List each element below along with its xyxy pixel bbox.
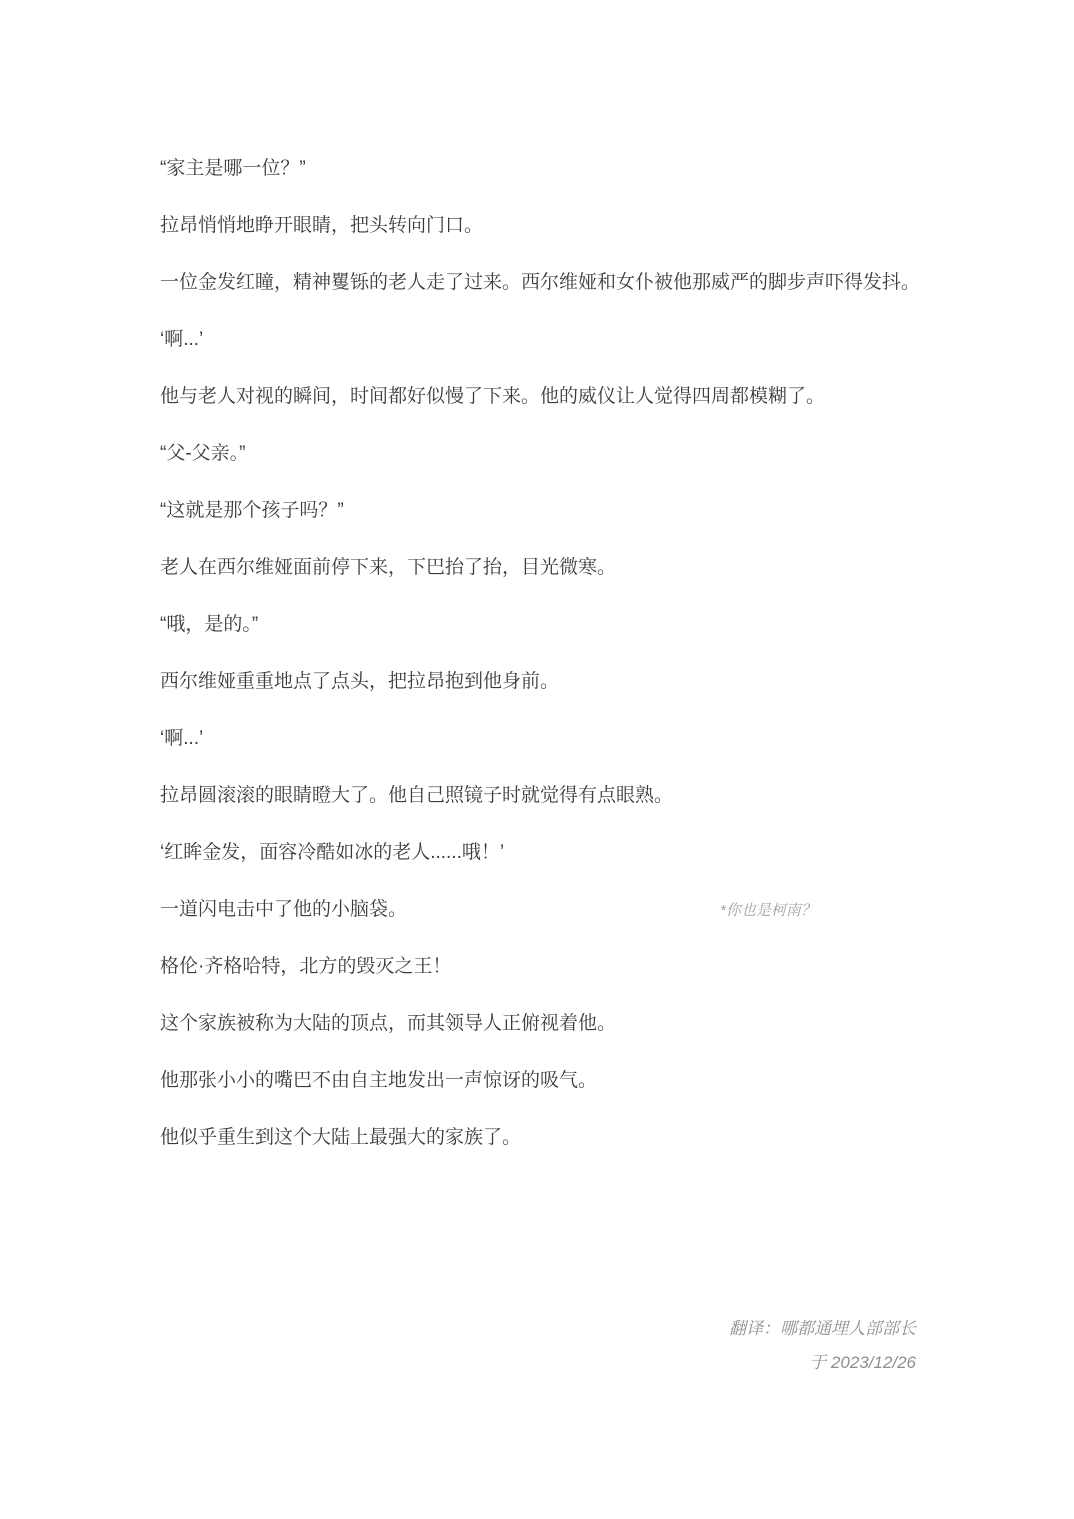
paragraph: 一道闪电击中了他的小脑袋。 *你也是柯南？: [160, 899, 950, 921]
document-page: “家主是哪一位？” 拉昂悄悄地睁开眼睛，把头转向门口。 一位金发红瞳，精神矍铄的…: [0, 0, 1074, 1519]
paragraph: 西尔维娅重重地点了点头，把拉昂抱到他身前。: [160, 671, 950, 693]
translation-date: 于 2023/12/26: [729, 1346, 916, 1380]
paragraph: ‘啊...’: [160, 329, 950, 351]
paragraph: 他似乎重生到这个大陆上最强大的家族了。: [160, 1127, 950, 1149]
paragraph: 他那张小小的嘴巴不由自主地发出一声惊讶的吸气。: [160, 1070, 950, 1092]
paragraph: 拉昂悄悄地睁开眼睛，把头转向门口。: [160, 215, 950, 237]
paragraph: “这就是那个孩子吗？”: [160, 500, 950, 522]
paragraph: ‘啊...’: [160, 728, 950, 750]
paragraph: 他与老人对视的瞬间，时间都好似慢了下来。他的威仪让人觉得四周都模糊了。: [160, 386, 950, 408]
paragraph: 这个家族被称为大陆的顶点，而其领导人正俯视着他。: [160, 1013, 950, 1035]
paragraph-text: 一道闪电击中了他的小脑袋。: [160, 899, 407, 920]
paragraph: 一位金发红瞳，精神矍铄的老人走了过来。西尔维娅和女仆被他那威严的脚步声吓得发抖。: [160, 272, 950, 294]
paragraph: “家主是哪一位？”: [160, 158, 950, 180]
story-text-block: “家主是哪一位？” 拉昂悄悄地睁开眼睛，把头转向门口。 一位金发红瞳，精神矍铄的…: [160, 158, 950, 1184]
paragraph: 格伦·齐格哈特，北方的毁灭之王！: [160, 956, 950, 978]
translator-margin-note: *你也是柯南？: [720, 902, 816, 920]
translator-credit: 翻译：哪都通埋人部部长: [729, 1312, 916, 1346]
translator-credit-block: 翻译：哪都通埋人部部长 于 2023/12/26: [729, 1312, 916, 1380]
paragraph: “哦，是的。”: [160, 614, 950, 636]
paragraph: ‘红眸金发，面容冷酷如冰的老人......哦！’: [160, 842, 950, 864]
paragraph: “父-父亲。”: [160, 443, 950, 465]
paragraph: 老人在西尔维娅面前停下来，下巴抬了抬，目光微寒。: [160, 557, 950, 579]
paragraph: 拉昂圆滚滚的眼睛瞪大了。他自己照镜子时就觉得有点眼熟。: [160, 785, 950, 807]
